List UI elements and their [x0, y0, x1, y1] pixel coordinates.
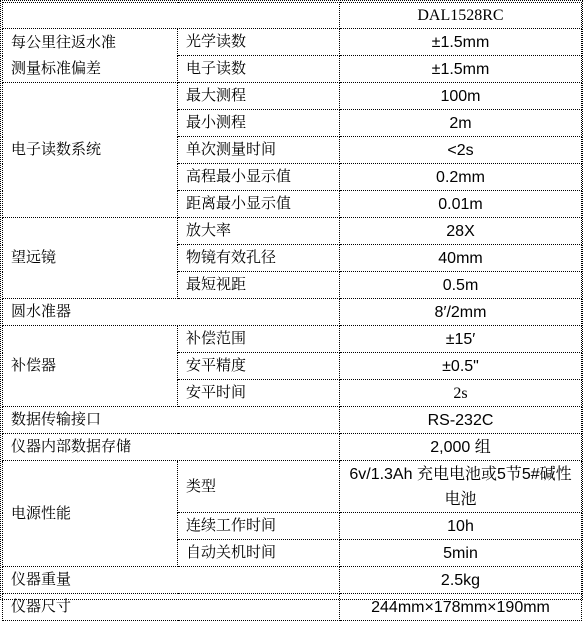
param-cell: 补偿范围	[178, 326, 340, 353]
param-cell: 安平精度	[178, 353, 340, 380]
spec-row: 仪器重量 2.5kg	[3, 567, 582, 594]
spec-row: 仪器内部数据存储 2,000 组	[3, 434, 582, 461]
value-cell: 0.01m	[340, 191, 582, 218]
param-cell: 光学读数	[178, 29, 340, 56]
value-cell: ±1.5mm	[340, 29, 582, 56]
spec-row: 每公里往返水准 测量标准偏差 光学读数 ±1.5mm	[3, 29, 582, 56]
value-cell: 5min	[340, 540, 582, 567]
category-cell-telescope: 望远镜	[3, 218, 178, 299]
value-cell: ±0.5"	[340, 353, 582, 380]
value-cell: 40mm	[340, 245, 582, 272]
spec-row: 望远镜 放大率 28X	[3, 218, 582, 245]
value-cell: 10h	[340, 513, 582, 540]
value-cell-battery-type: 6v/1.3Ah 充电电池或5节5#碱性电池	[340, 461, 582, 513]
param-cell: 高程最小显示值	[178, 164, 340, 191]
param-cell: 自动关机时间	[178, 540, 340, 567]
row-label-cell-internal-storage: 仪器内部数据存储	[3, 434, 340, 461]
value-cell: ±1.5mm	[340, 56, 582, 83]
value-cell: 2,000 组	[340, 434, 582, 461]
category-cell-compensator: 补偿器	[3, 326, 178, 407]
row-label-cell-circular-level: 圆水准器	[3, 299, 340, 326]
spec-row: 电源性能 类型 6v/1.3Ah 充电电池或5节5#碱性电池	[3, 461, 582, 513]
value-cell: 0.2mm	[340, 164, 582, 191]
value-cell: 8′/2mm	[340, 299, 582, 326]
param-cell: 距离最小显示值	[178, 191, 340, 218]
spec-row: 圆水准器 8′/2mm	[3, 299, 582, 326]
category-cell-std-deviation: 每公里往返水准 测量标准偏差	[3, 29, 178, 83]
model-cell: DAL1528RC	[340, 3, 582, 29]
row-label-cell-data-interface: 数据传输接口	[3, 407, 340, 434]
param-cell: 类型	[178, 461, 340, 513]
spec-row: 电子读数系统 最大测程 100m	[3, 83, 582, 110]
category-cell-electronic-reading: 电子读数系统	[3, 83, 178, 218]
row-label-cell-dimensions: 仪器尺寸	[3, 594, 340, 621]
value-cell: ±15′	[340, 326, 582, 353]
value-cell: 2.5kg	[340, 567, 582, 594]
param-cell: 安平时间	[178, 380, 340, 407]
param-cell: 物镜有效孔径	[178, 245, 340, 272]
empty-corner-cell	[3, 3, 340, 29]
spec-row: 数据传输接口 RS-232C	[3, 407, 582, 434]
value-cell: 0.5m	[340, 272, 582, 299]
category-cell-power: 电源性能	[3, 461, 178, 567]
spec-table: DAL1528RC 每公里往返水准 测量标准偏差 光学读数 ±1.5mm 电子读…	[2, 2, 582, 621]
param-cell: 单次测量时间	[178, 137, 340, 164]
param-cell: 电子读数	[178, 56, 340, 83]
param-cell: 连续工作时间	[178, 513, 340, 540]
param-cell: 最大测程	[178, 83, 340, 110]
value-cell: 2m	[340, 110, 582, 137]
row-label-cell-weight: 仪器重量	[3, 567, 340, 594]
value-cell: 244mm×178mm×190mm	[340, 594, 582, 621]
value-cell: 2s	[340, 380, 582, 407]
spec-row-header: DAL1528RC	[3, 3, 582, 29]
spec-table-container: DAL1528RC 每公里往返水准 测量标准偏差 光学读数 ±1.5mm 电子读…	[0, 0, 583, 600]
spec-row: 补偿器 补偿范围 ±15′	[3, 326, 582, 353]
param-cell: 最短视距	[178, 272, 340, 299]
value-cell: 28X	[340, 218, 582, 245]
value-cell: 100m	[340, 83, 582, 110]
param-cell: 放大率	[178, 218, 340, 245]
value-cell: <2s	[340, 137, 582, 164]
param-cell: 最小测程	[178, 110, 340, 137]
spec-row: 仪器尺寸 244mm×178mm×190mm	[3, 594, 582, 621]
value-cell: RS-232C	[340, 407, 582, 434]
